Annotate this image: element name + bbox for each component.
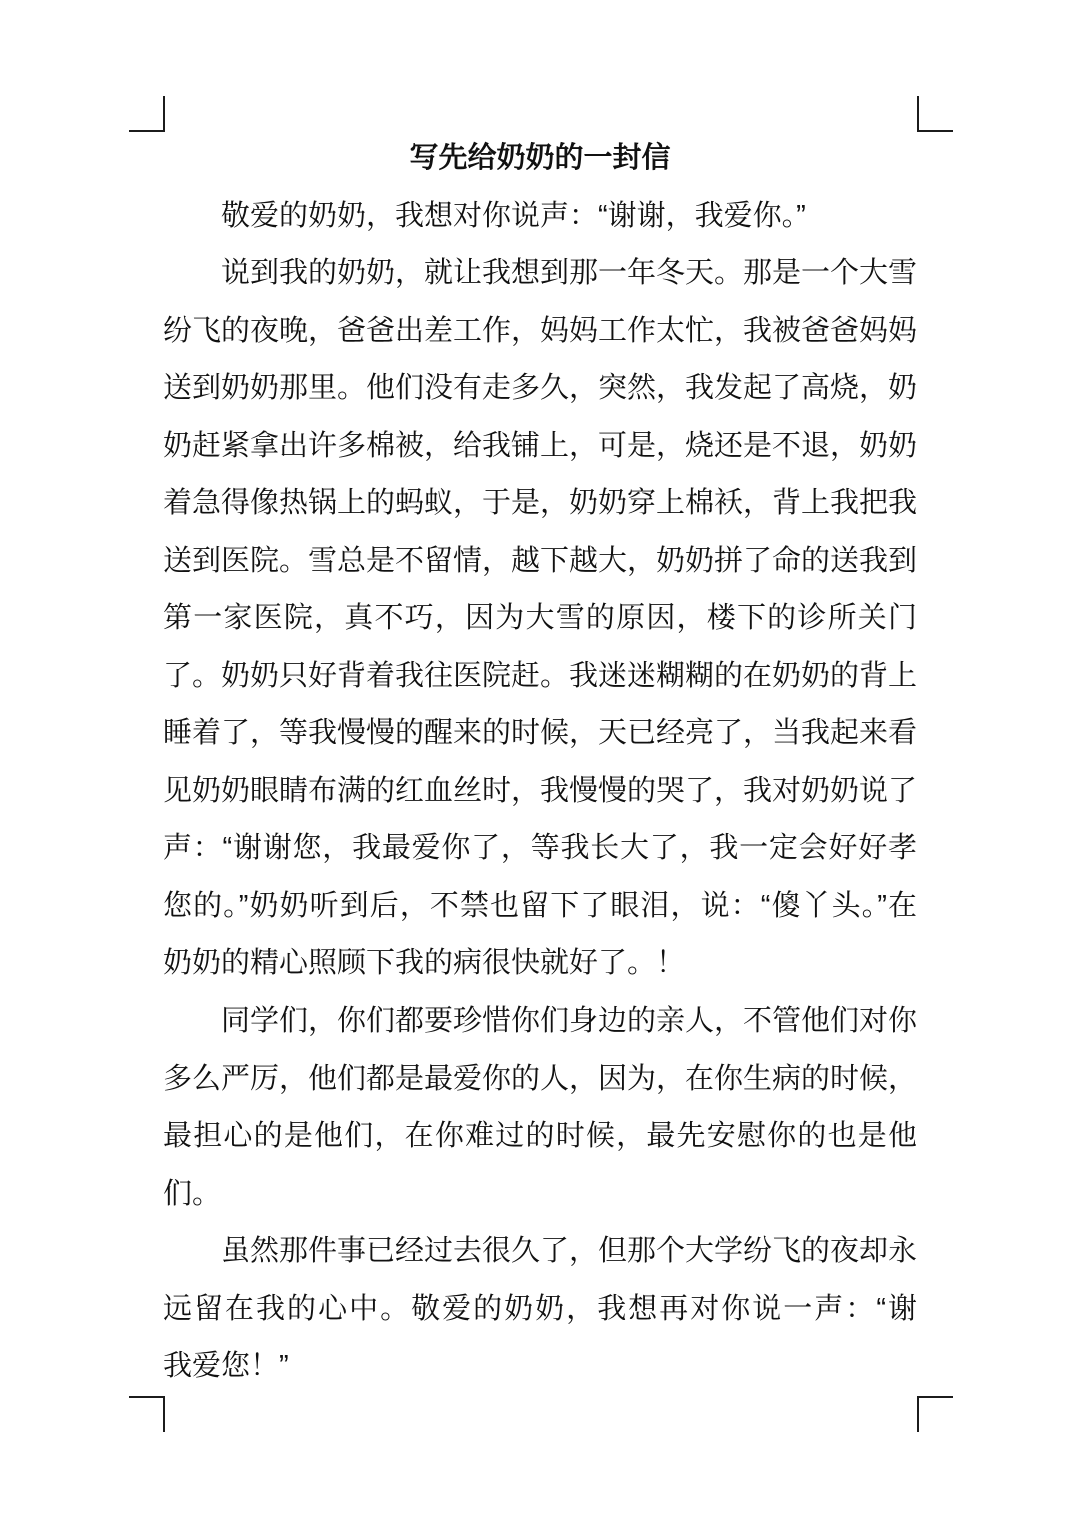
text-line: 声：“谢谢您，我最爱你了，等我长大了，我一定会好好孝顺	[163, 820, 917, 878]
text-line: 多么严厉，他们都是最爱你的人，因为，在你生病的时候，	[163, 1051, 917, 1109]
document-page: 写先给奶奶的一封信 敬爱的奶奶，我想对你说声：“谢谢，我爱你。”说到我的奶奶，就…	[0, 0, 1080, 1527]
text-line: 奶赶紧拿出许多棉被，给我铺上，可是，烧还是不退，奶奶	[163, 418, 917, 476]
text-line: 送到奶奶那里。他们没有走多久，突然，我发起了高烧，奶	[163, 360, 917, 418]
paragraph: 说到我的奶奶，就让我想到那一年冬天。那是一个大雪纷飞的夜晚，爸爸出差工作，妈妈工…	[163, 245, 917, 993]
crop-mark-top-left-icon	[129, 96, 165, 132]
crop-mark-bottom-right-icon	[917, 1396, 953, 1432]
paragraph: 敬爱的奶奶，我想对你说声：“谢谢，我爱你。”	[163, 188, 917, 246]
document-body: 敬爱的奶奶，我想对你说声：“谢谢，我爱你。”说到我的奶奶，就让我想到那一年冬天。…	[163, 188, 917, 1396]
text-line: 纷飞的夜晚，爸爸出差工作，妈妈工作太忙，我被爸爸妈妈	[163, 303, 917, 361]
paragraph: 同学们，你们都要珍惜你们身边的亲人，不管他们对你多么严厉，他们都是最爱你的人，因…	[163, 993, 917, 1223]
paragraph: 虽然那件事已经过去很久了，但那个大学纷飞的夜却永远留在我的心中。敬爱的奶奶，我想…	[163, 1223, 917, 1396]
text-line: 说到我的奶奶，就让我想到那一年冬天。那是一个大雪	[163, 245, 917, 303]
text-line: 远留在我的心中。敬爱的奶奶，我想再对你说一声：“谢谢，	[163, 1281, 917, 1339]
text-line: 们。	[163, 1166, 917, 1224]
text-line: 睡着了，等我慢慢的醒来的时候，天已经亮了，当我起来看	[163, 705, 917, 763]
text-line: 着急得像热锅上的蚂蚁，于是，奶奶穿上棉袄，背上我把我	[163, 475, 917, 533]
crop-mark-bottom-left-icon	[129, 1396, 165, 1432]
text-line: 您的。”奶奶听到后，不禁也留下了眼泪，说：“傻丫头。”在	[163, 878, 917, 936]
text-line: 了。奶奶只好背着我往医院赶。我迷迷糊糊的在奶奶的背上	[163, 648, 917, 706]
text-line: 最担心的是他们，在你难过的时候，最先安慰你的也是他	[163, 1108, 917, 1166]
document-title: 写先给奶奶的一封信	[163, 130, 917, 188]
text-line: 我爱您！”	[163, 1338, 917, 1396]
text-line: 敬爱的奶奶，我想对你说声：“谢谢，我爱你。”	[163, 188, 917, 246]
text-line: 见奶奶眼睛布满的红血丝时，我慢慢的哭了，我对奶奶说了	[163, 763, 917, 821]
document-content: 写先给奶奶的一封信 敬爱的奶奶，我想对你说声：“谢谢，我爱你。”说到我的奶奶，就…	[163, 130, 917, 1396]
text-line: 同学们，你们都要珍惜你们身边的亲人，不管他们对你	[163, 993, 917, 1051]
text-line: 第一家医院，真不巧，因为大雪的原因，楼下的诊所关门	[163, 590, 917, 648]
text-line: 奶奶的精心照顾下我的病很快就好了。！	[163, 935, 917, 993]
text-line: 送到医院。雪总是不留情，越下越大，奶奶拼了命的送我到	[163, 533, 917, 591]
text-line: 虽然那件事已经过去很久了，但那个大学纷飞的夜却永	[163, 1223, 917, 1281]
crop-mark-top-right-icon	[917, 96, 953, 132]
